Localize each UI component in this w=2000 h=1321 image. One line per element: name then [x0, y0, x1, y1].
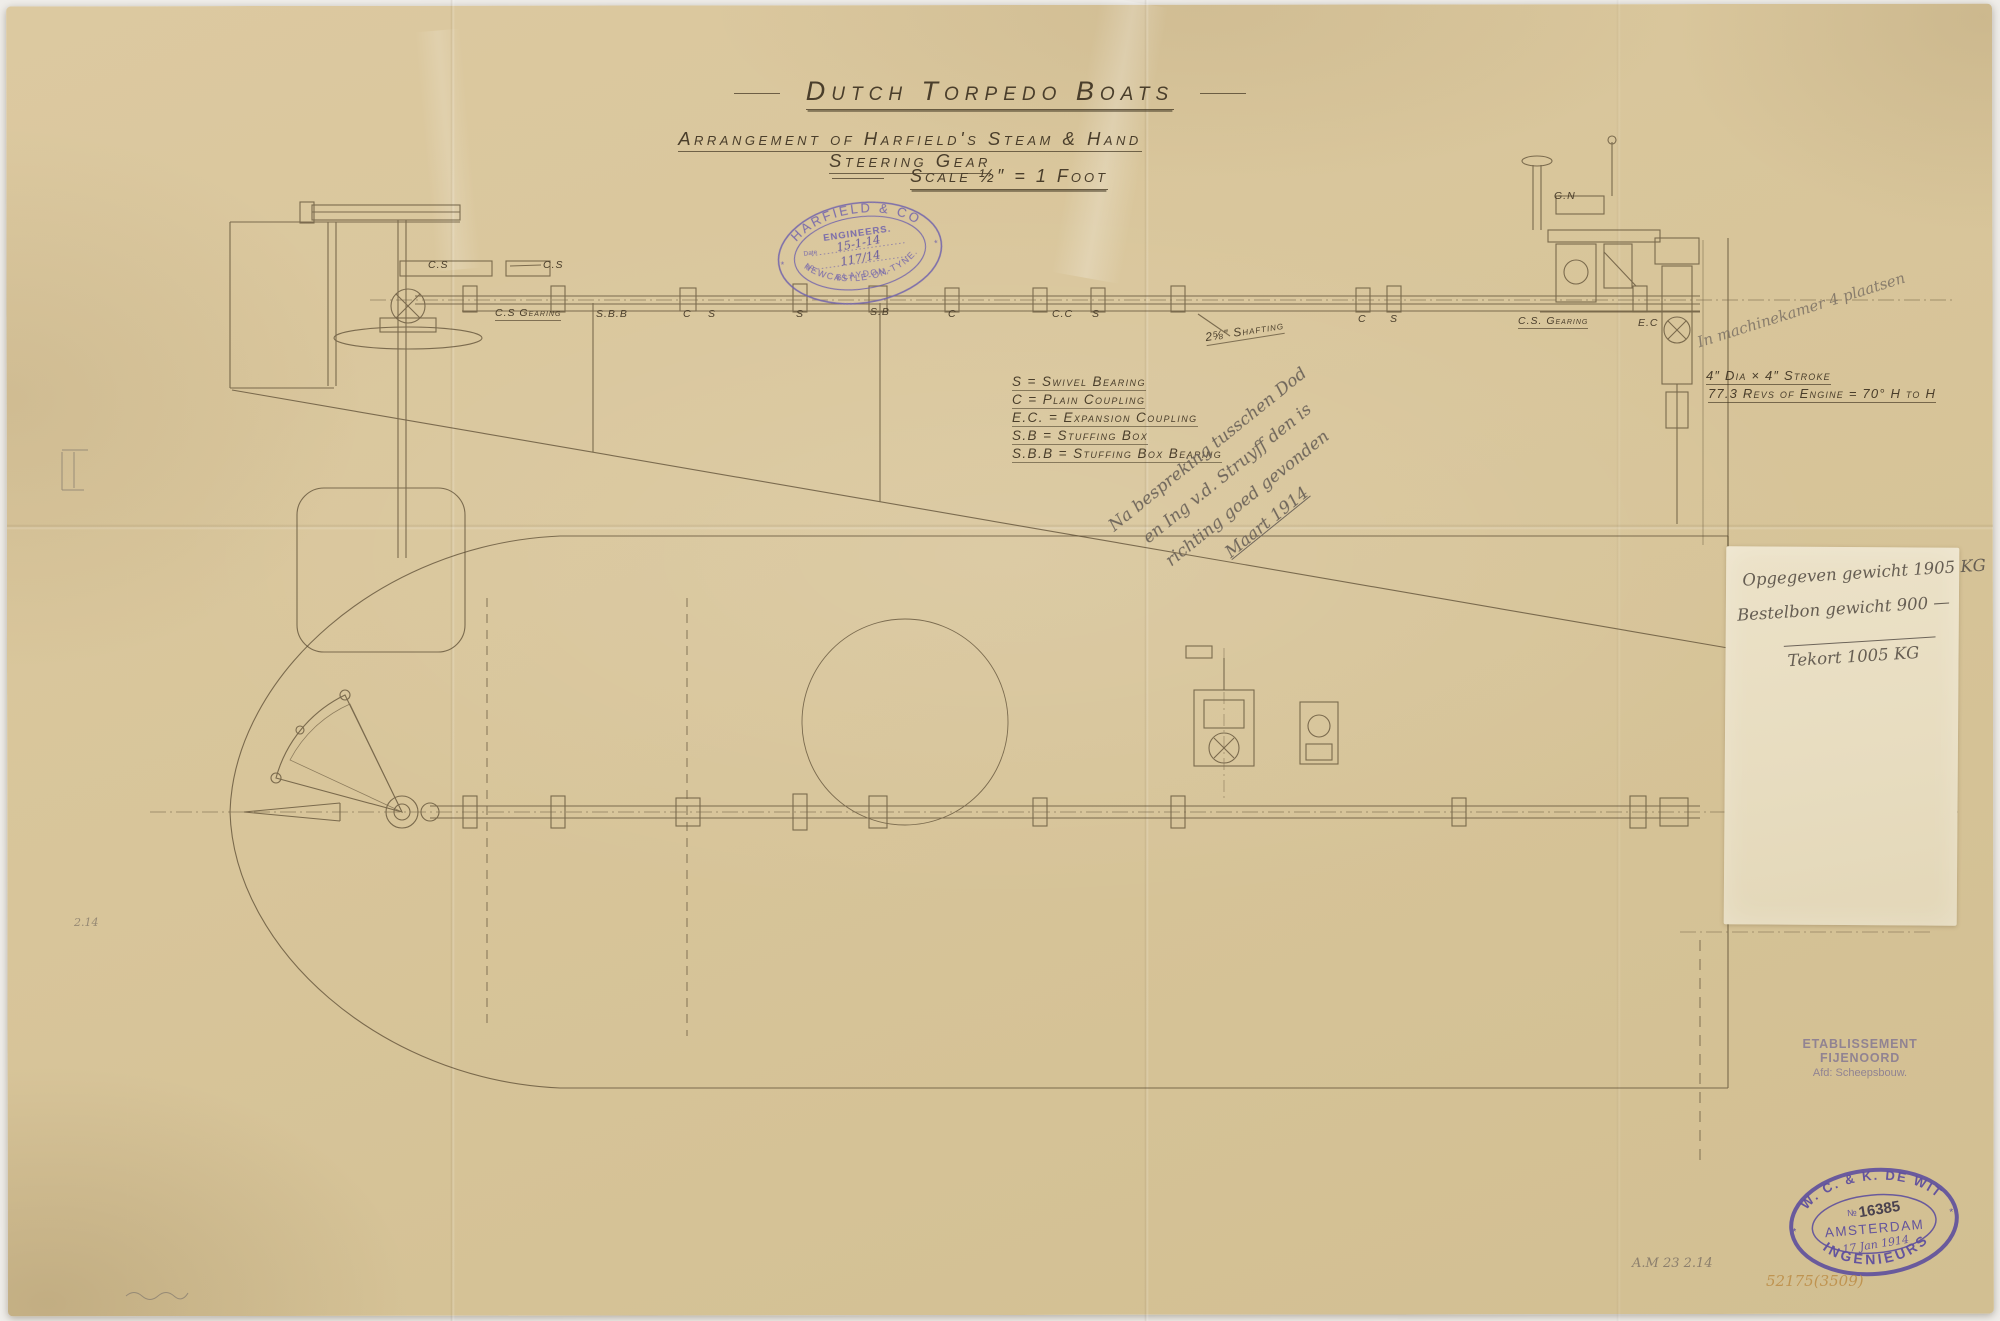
dewit-stamp: W. C. & K. DE WIT № 16385 AMSTERDAM 17 J… — [1781, 1159, 1966, 1286]
weight-total: Tekort 1005 KG — [1787, 643, 1920, 670]
title-rule-left — [734, 93, 780, 94]
scale-block: Scale ½″ = 1 Foot — [800, 166, 1140, 190]
stamp-no-label: № — [1847, 1207, 1858, 1218]
technical-drawing — [0, 0, 2000, 1321]
component-label: C.S — [428, 259, 449, 271]
stamp-city: AMSTERDAM — [1824, 1217, 1925, 1241]
component-label: C.S Gearing — [495, 307, 561, 321]
margin-sketch — [62, 450, 88, 490]
component-label: S — [1390, 313, 1398, 325]
scanned-drawing-sheet: Dutch Torpedo Boats Arrangement of Harfi… — [0, 0, 2000, 1321]
component-label: C — [1358, 313, 1367, 325]
stamp-star-right: * — [934, 238, 939, 248]
legend-item: S.B = Stuffing Box — [1012, 428, 1222, 443]
pencil-marks — [62, 450, 188, 1300]
component-label: C — [948, 308, 957, 320]
pencil-mark-bottom: A.M 23 2.14 — [1632, 1256, 1713, 1271]
scale-rule-left — [832, 178, 884, 179]
pencil-mark-left: 2.14 — [74, 916, 99, 929]
title-rule-right — [1200, 93, 1246, 94]
stamp-star-left: * — [1792, 1227, 1797, 1238]
weight-line: Opgegeven gewicht 1905 KG — [1742, 556, 1987, 590]
component-label: C.S — [543, 259, 564, 271]
component-label: S — [796, 308, 804, 320]
engine-spec-line: 4″ Dia × 4″ Stroke — [1706, 368, 1831, 385]
component-label: C.S. Gearing — [1518, 315, 1588, 329]
component-label: S.B.B — [596, 308, 628, 320]
plan-view — [150, 536, 1958, 1168]
signature-scribble — [126, 1293, 188, 1300]
stamp-star-right: * — [1949, 1207, 1954, 1218]
component-label: S — [1092, 308, 1100, 320]
title-block: Dutch Torpedo Boats — [700, 76, 1280, 110]
stamp-number: 16385 — [1857, 1198, 1901, 1221]
order-number: 52175(3509) — [1766, 1272, 1864, 1290]
stamp-date-label: Date — [803, 249, 818, 258]
component-label: C — [683, 308, 692, 320]
fijenoord-stamp: ETABLISSEMENT FIJENOORD Afd: Scheepsbouw… — [1780, 1037, 1940, 1079]
steering-engine-plan — [1186, 646, 1338, 800]
fijenoord-line2: Afd: Scheepsbouw. — [1780, 1067, 1940, 1079]
fijenoord-line1: ETABLISSEMENT FIJENOORD — [1780, 1037, 1940, 1065]
legend-item: E.C. = Expansion Coupling — [1012, 410, 1222, 425]
engine-spec-line: 77.3 Revs of Engine = 70° H to H — [1708, 386, 1936, 403]
component-label: G.N — [1554, 190, 1576, 202]
scale-note: Scale ½″ = 1 Foot — [910, 166, 1108, 190]
component-label: S — [708, 308, 716, 320]
pasted-note-patch: Opgegeven gewicht 1905 KG Bestelbon gewi… — [1724, 546, 1960, 926]
weight-line: Bestelbon gewicht 900 — — [1737, 592, 1951, 624]
legend-item: C = Plain Coupling — [1012, 392, 1222, 407]
component-label: E.C — [1638, 317, 1659, 329]
page-title: Dutch Torpedo Boats — [806, 76, 1174, 110]
stamp-star-left: * — [780, 260, 785, 270]
legend-item: S = Swivel Bearing — [1012, 374, 1222, 389]
component-label: S.B — [870, 306, 890, 318]
component-label: C.C — [1052, 308, 1073, 320]
steering-engine-elevation — [1522, 136, 1703, 545]
